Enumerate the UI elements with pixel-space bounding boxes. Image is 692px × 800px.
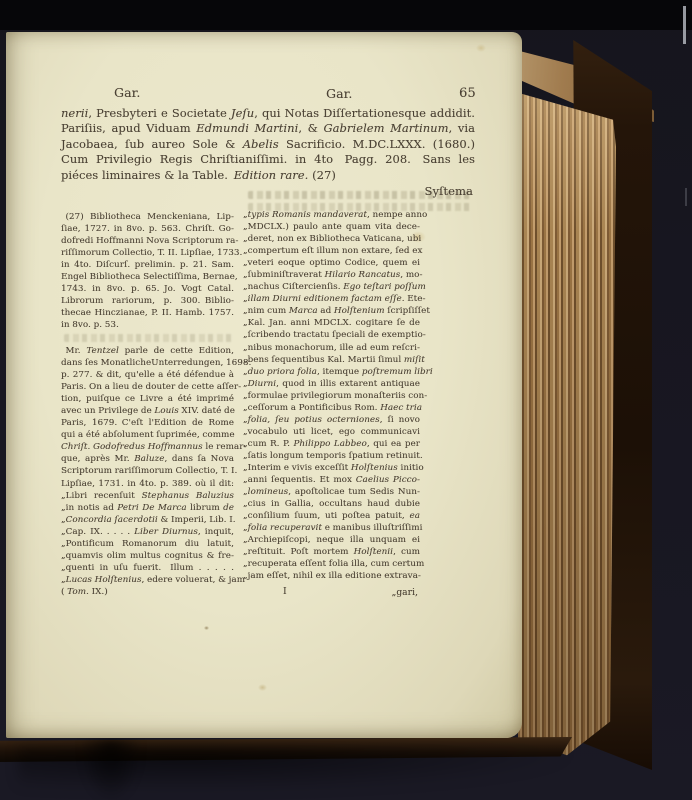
text-line: „ſcribendo tractatu ſpeciali de exemptio…: [243, 329, 420, 341]
book-scan-photo: Gar. Gar. 65 nerii, Presbyteri e Societa…: [0, 0, 692, 800]
text-line: „compertum eſt illum non extare, ſed ex: [243, 245, 420, 257]
catchword: „gari,: [392, 588, 418, 598]
text-line: „illam Diurni editionem factam eſſe. Ete…: [243, 293, 420, 305]
text-line: „quenti in uſu fuerit. Illum . . . . .: [61, 562, 234, 574]
photo-top-band: [0, 0, 692, 30]
text-line: „in notis ad Petri De Marca librum de: [61, 502, 234, 514]
text-line: Paris. On a lieu de douter de cette aſſe…: [61, 381, 234, 393]
text-line: Cum Privilegio Regis Chriſtianiſſimi. in…: [61, 152, 475, 167]
text-line: „Diurni, quod in illis extarent antiquae: [243, 378, 420, 390]
text-line: „anni ſequentis. Et mox Caelius Picco-: [243, 474, 420, 486]
page-stain: [204, 626, 209, 630]
text-line: „cum R. P. Philippo Labbeo, qui ea per: [243, 438, 420, 450]
footnote-left-column-block-1: (27) Bibliotheca Menckeniana, Lip-ſiae, …: [61, 211, 234, 331]
text-line: „jam eſſet, nihil ex illa editione extra…: [243, 570, 420, 582]
footnote-lines: (27) Bibliotheca Menckeniana, Lip-ſiae, …: [61, 211, 234, 319]
signature-line: I „gari,: [243, 587, 420, 600]
footnote-left-column-block-2: Mr. Tentzel parle de cette Edition,dans …: [61, 345, 234, 598]
text-line: Pariſiis, apud Viduam Edmundi Martini, &…: [61, 121, 475, 136]
text-line: tion, puiſque ce Livre a été imprimé: [61, 393, 234, 405]
book-shadow-left: [82, 740, 140, 800]
text-line: p. 277. & dit, qu'elle a été défendue à: [61, 369, 234, 381]
page-stain: [258, 684, 267, 691]
text-line: „quamvis olim multus cognitus & fre-: [61, 550, 234, 562]
text-line: „nibus monachorum, ille ad eum reſcri-: [243, 342, 420, 354]
text-line: Jacobaea, ſub aureo Sole & Abelis Sacrif…: [61, 137, 475, 152]
text-line: „Concordia ſacerdotii & Imperii, Lib. I.: [61, 514, 234, 526]
text-line: Scriptorum rariſſimorum Collectio, T. I.: [61, 465, 234, 477]
text-line: „MDCLX.) paulo ante quam vita dece-: [243, 221, 420, 233]
text-line: „bens ſequentibus Kal. Martii ſimul miſi…: [243, 354, 420, 366]
text-line: „nim cum Marca ad Holſtenium ſcripſiſſet: [243, 305, 420, 317]
text-line: „typis Romanis mandaverat, nempe anno: [243, 209, 420, 221]
running-title-left: Gar.: [114, 85, 140, 100]
text-line: qui a été abſolument ſuprimée, comme: [61, 429, 234, 441]
text-line: „lomineus, apoſtolicae tum Sedis Nun-: [243, 486, 420, 498]
text-line: (27) Bibliotheca Menckeniana, Lip-: [61, 211, 234, 223]
text-line: „Interim e vivis exceſſit Holſtenius ini…: [243, 462, 420, 474]
footnote-lines: „typis Romanis mandaverat, nempe anno„MD…: [243, 209, 420, 582]
text-line: Mr. Tentzel parle de cette Edition,: [61, 345, 234, 357]
text-line: Paris, 1679. C'eſt l'Edition de Rome: [61, 417, 234, 429]
text-line: riſſimorum Collectio, T. II. Lipſiae, 17…: [61, 247, 234, 259]
text-line: „vocabulo uti licet, ego communicavi: [243, 426, 420, 438]
text-line: „Archiepiſcopi, neque illa unquam ei: [243, 534, 420, 546]
catchword: Syſtema: [61, 184, 473, 198]
text-line: „conſilium ſuum, uti poſtea patuit, ea: [243, 510, 420, 522]
text-line: „duo priora folia, itemque poſtremum lib…: [243, 366, 420, 378]
text-line: ſiae, 1727. in 8vo. p. 563. Chriſt. Go-: [61, 223, 234, 235]
text-line: Lipſiae, 1731. in 4to. p. 389. où il dit…: [61, 478, 234, 490]
text-line: „Kal. Jan. anni MDCLX. cogitare ſe de: [243, 317, 420, 329]
page-number: 65: [459, 86, 476, 101]
text-line: Librorum rariorum, p. 300. Biblio-: [61, 295, 234, 307]
text-line: „cius in Gallia, occultans haud dubie: [243, 498, 420, 510]
text-line: „ſatis longum temporis ſpatium retinuit.: [243, 450, 420, 462]
text-line: „deret, non ex Bibliotheca Vaticana, ubi: [243, 233, 420, 245]
main-paragraph-lines: nerii, Presbyteri e Societate Jeſu, qui …: [61, 106, 475, 168]
footnote-lines: Mr. Tentzel parle de cette Edition,dans …: [61, 345, 234, 586]
main-paragraph-last-line: piéces liminaires & la Table. Edition ra…: [61, 168, 475, 183]
text-line: Engel Bibliotheca Selectiſſima, Bernae,: [61, 271, 234, 283]
text-line: „reſtituit. Poſt mortem Holſtenii, cum: [243, 546, 420, 558]
page-stain: [476, 44, 486, 52]
text-line: „Lucas Holſtenius, edere voluerat, & jam: [61, 574, 234, 586]
text-line: „folia, ſeu potius octerniones, ſi novo: [243, 414, 420, 426]
text-line: Chriſt. Godofredus Hoffmannus le remar-: [61, 441, 234, 453]
text-line: dans ſes MonatlicheUnterredungen, 1698.: [61, 357, 234, 369]
text-line: „formulae privilegiorum monaſteriis con-: [243, 390, 420, 402]
book-fore-edge: [518, 86, 616, 762]
text-line: „Cap. IX. . . . . Liber Diurnus, inquit,: [61, 526, 234, 538]
text-line: 1743. in 8vo. p. 65. Jo. Vogt Catal.: [61, 283, 234, 295]
main-text-block: nerii, Presbyteri e Societate Jeſu, qui …: [61, 106, 475, 183]
text-line: „ſubminiſtraverat Hilario Rancatus, mo-: [243, 269, 420, 281]
text-line: „veteri eoque optimo Codice, quem ei: [243, 257, 420, 269]
text-line: avec un Privilege de Louis XIV. daté de: [61, 405, 234, 417]
running-title-center: Gar.: [326, 86, 352, 101]
text-line: dofredi Hoffmanni Nova Scriptorum ra-: [61, 235, 234, 247]
photo-edge-mark: [685, 188, 687, 206]
text-line: que, après Mr. Baluze, dans ſa Nova: [61, 453, 234, 465]
footnote-last-line: in 8vo. p. 53.: [61, 319, 234, 331]
footnote-right-column: „typis Romanis mandaverat, nempe anno„MD…: [243, 209, 420, 582]
photo-edge-mark: [683, 6, 686, 44]
text-line: „folia recuperavit e manibus illuſtriſſi…: [243, 522, 420, 534]
text-line: nerii, Presbyteri e Societate Jeſu, qui …: [61, 106, 475, 121]
text-line: „ceſſorum a Pontificibus Rom. Haec tria: [243, 402, 420, 414]
text-line: „Libri recenſuit Stephanus Baluzius: [61, 490, 234, 502]
verso-showthrough: [64, 334, 232, 342]
text-line: in 4to. Diſcurſ. prelimin. p. 21. Sam.: [61, 259, 234, 271]
text-line: „recuperata eſſent folia illa, cum certu…: [243, 558, 420, 570]
text-line: thecae Hinczianae, P. II. Hamb. 1757.: [61, 307, 234, 319]
text-line: „nachus Ciſtercienſis. Ego teſtari poſſu…: [243, 281, 420, 293]
signature-mark: I: [283, 587, 287, 597]
text-line: „Pontificum Romanorum diu latuit,: [61, 538, 234, 550]
volume-note: ( Tom. IX.): [61, 586, 234, 598]
